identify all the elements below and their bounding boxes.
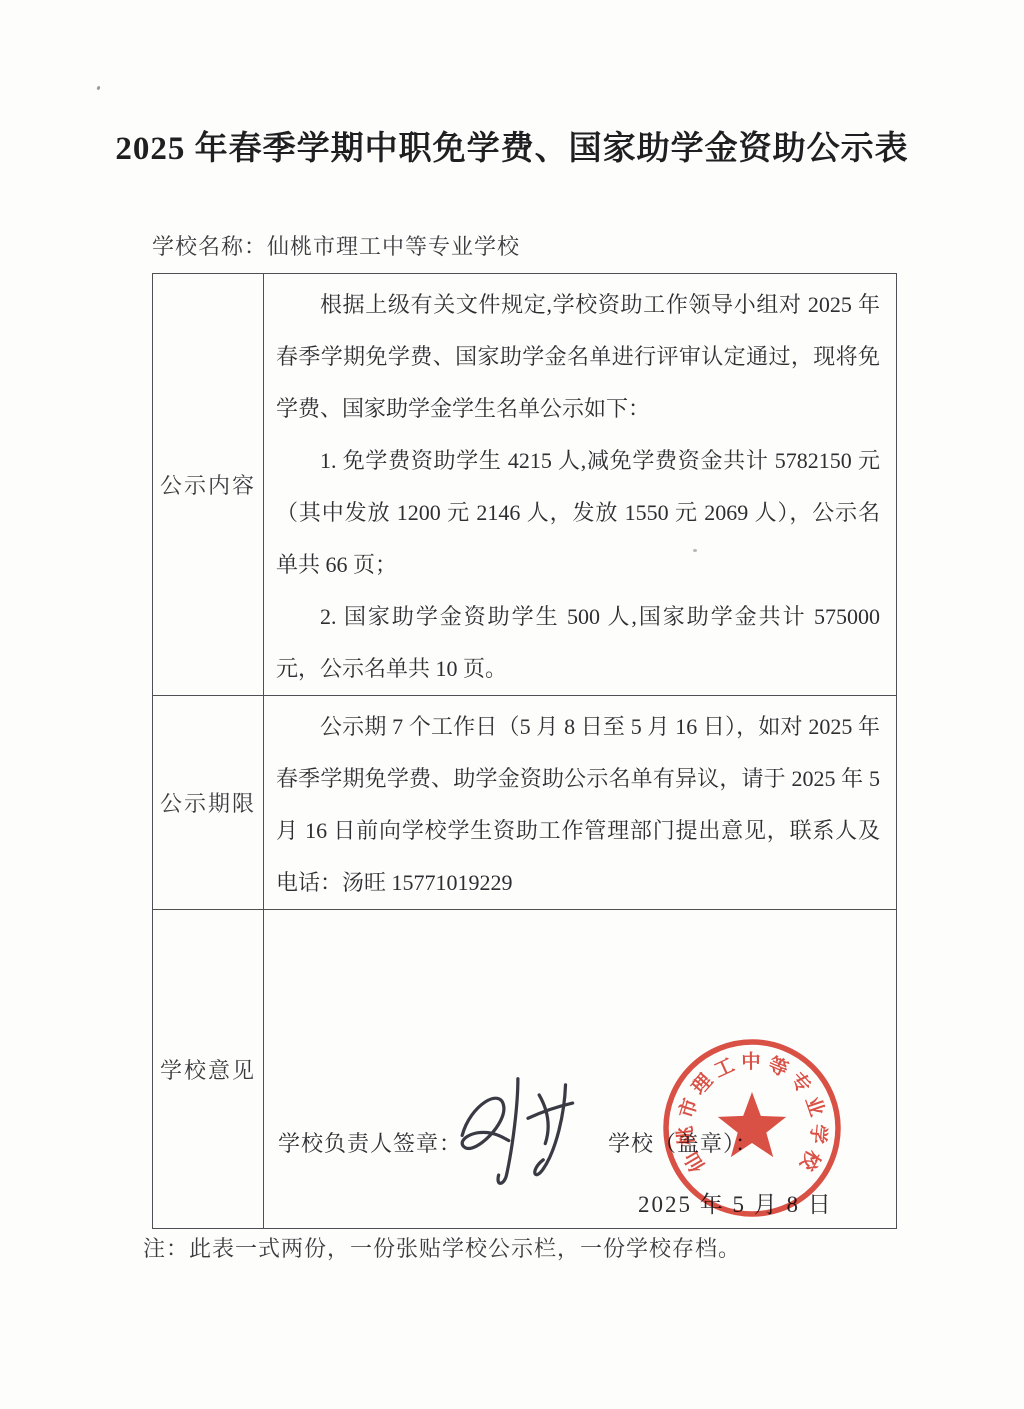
content-paragraph: 1. 免学费资助学生 4215 人,减免学费资金共计 5782150 元（其中发… bbox=[276, 435, 880, 591]
footnote: 注：此表一式两份，一份张贴学校公示栏，一份学校存档。 bbox=[143, 1232, 741, 1263]
row-label-opinion: 学校意见 bbox=[153, 910, 264, 1229]
table-row: 学校意见 学校负责人签章： 学校（盖章）： 2025 年 5 月 8 日 仙桃市 bbox=[153, 910, 897, 1229]
page-title: 2025 年春季学期中职免学费、国家助学金资助公示表 bbox=[0, 122, 1024, 169]
table-row: 公示内容 根据上级有关文件规定,学校资助工作领导小组对 2025 年春季学期免学… bbox=[153, 274, 897, 696]
school-seal-label: 学校（盖章）： bbox=[608, 1127, 758, 1158]
period-paragraph: 公示期 7 个工作日（5 月 8 日至 5 月 16 日），如对 2025 年春… bbox=[276, 701, 880, 909]
seal-date: 2025 年 5 月 8 日 bbox=[638, 1186, 833, 1219]
opinion-cell: 学校负责人签章： 学校（盖章）： 2025 年 5 月 8 日 仙桃市理工中等专… bbox=[264, 910, 897, 1229]
principal-signature-label: 学校负责人签章： bbox=[278, 1127, 462, 1158]
row-label-period: 公示期限 bbox=[153, 696, 264, 910]
content-cell: 根据上级有关文件规定,学校资助工作领导小组对 2025 年春季学期免学费、国家助… bbox=[264, 274, 897, 696]
content-paragraph: 2. 国家助学金资助学生 500 人,国家助学金共计 575000 元，公示名单… bbox=[276, 591, 880, 695]
period-cell: 公示期 7 个工作日（5 月 8 日至 5 月 16 日），如对 2025 年春… bbox=[264, 696, 897, 910]
school-name-label: 学校名称： bbox=[152, 234, 267, 259]
announcement-table: 公示内容 根据上级有关文件规定,学校资助工作领导小组对 2025 年春季学期免学… bbox=[152, 273, 897, 1229]
principal-signature-handwriting bbox=[450, 1072, 602, 1200]
scan-artifact bbox=[96, 86, 100, 91]
school-name-value: 仙桃市理工中等专业学校 bbox=[267, 234, 520, 259]
school-name-line: 学校名称：仙桃市理工中等专业学校 bbox=[152, 230, 520, 261]
row-label-content: 公示内容 bbox=[153, 274, 264, 696]
table-row: 公示期限 公示期 7 个工作日（5 月 8 日至 5 月 16 日），如对 20… bbox=[153, 696, 897, 910]
content-paragraph: 根据上级有关文件规定,学校资助工作领导小组对 2025 年春季学期免学费、国家助… bbox=[276, 279, 880, 435]
